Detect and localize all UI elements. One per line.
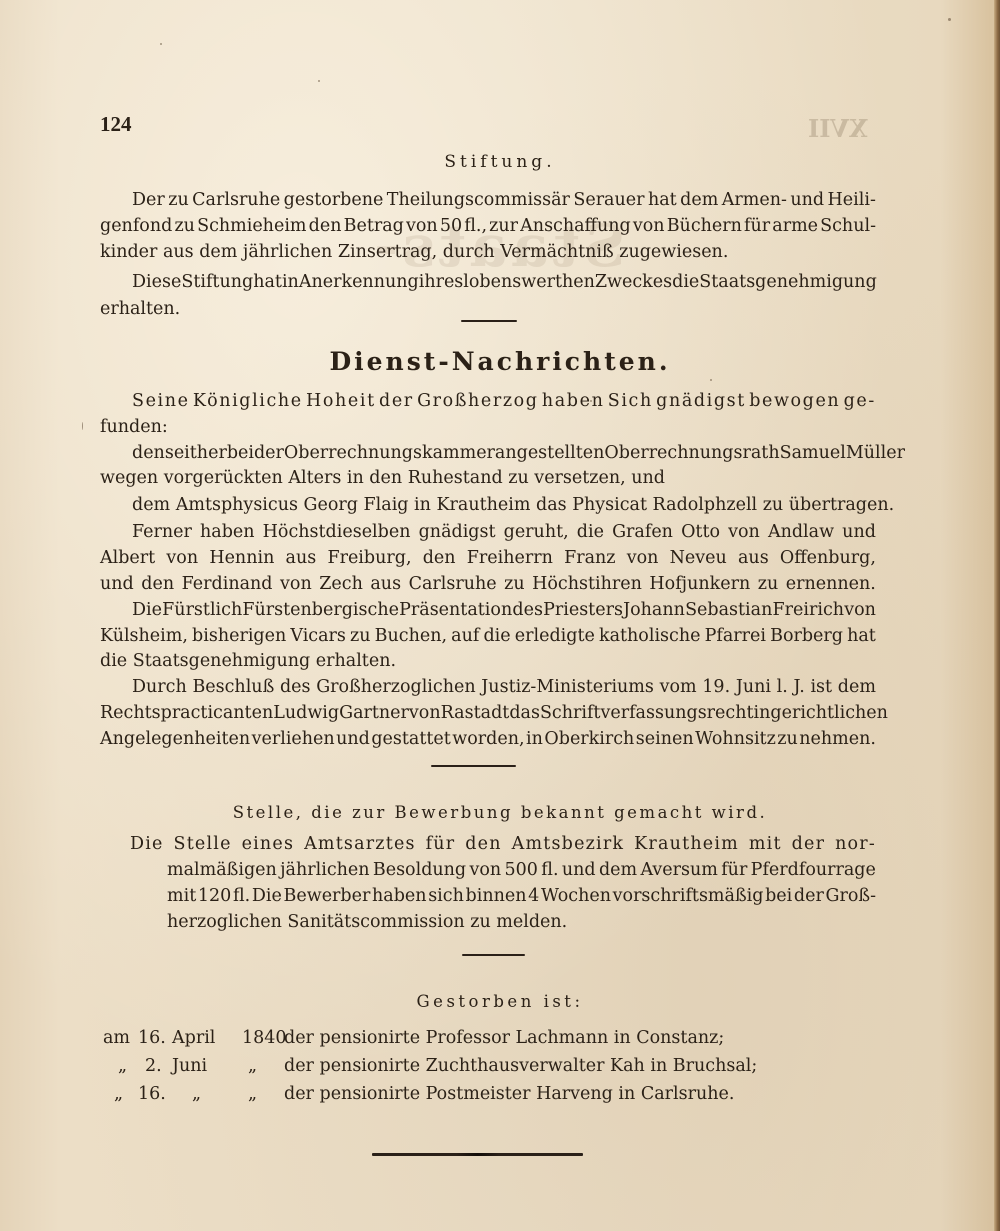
text-line: genfondzuSchmieheimdenBetragvon50fl.,zur… (100, 214, 876, 238)
paper-speck (710, 379, 712, 381)
word: die (672, 270, 699, 294)
word: fl. (233, 884, 250, 908)
word: Theilungscommissär (387, 188, 570, 212)
word: Neveu (670, 546, 727, 570)
text-line: dem Amtsphysicus Georg Flaig in Krauthei… (132, 493, 894, 517)
page-edge-shadow (994, 0, 1000, 1231)
word: zu (504, 572, 525, 596)
word: Pferdfourrage (751, 858, 876, 882)
word: Aversum (640, 858, 717, 882)
word: die (483, 624, 510, 648)
word: von (469, 858, 501, 882)
word: Großherzog (417, 389, 539, 413)
word: Beschluß (192, 675, 274, 699)
word: Hennin (209, 546, 274, 570)
word: Betrag (344, 214, 404, 238)
word: von (280, 572, 312, 596)
word: auf (451, 624, 479, 648)
word: Anschaffung (520, 214, 631, 238)
word: Otto (681, 520, 720, 544)
word: Der (132, 188, 165, 212)
word: Die (130, 832, 164, 856)
word: gerichtlichen (770, 701, 888, 725)
word: zu (350, 624, 371, 648)
word: haben (372, 884, 427, 908)
date-month: „ (192, 1080, 201, 1108)
word: Fürstlich (162, 598, 242, 622)
word: der (254, 441, 284, 465)
word: das (509, 701, 540, 725)
word: von (728, 520, 760, 544)
word: und (842, 520, 876, 544)
word: für (426, 832, 456, 856)
text-line: funden: (100, 415, 168, 439)
word: 50 (440, 214, 462, 238)
word: Carlsruhe (192, 188, 280, 212)
word: ist (810, 675, 832, 699)
word: Sebastian (685, 598, 772, 622)
word: Sich (608, 389, 653, 413)
text-line: DieStelleeinesAmtsarztesfürdenAmtsbezirk… (130, 832, 876, 856)
word: Hofjunkern (649, 572, 750, 596)
word: und (790, 188, 824, 212)
word: Wohnsitz (695, 727, 776, 751)
word: Oberrechnungskammer (284, 441, 495, 465)
word: Juni (736, 675, 771, 699)
word: Großherzoglichen (316, 675, 475, 699)
word: 120 (198, 884, 231, 908)
word: zu (174, 214, 195, 238)
word: Müller (846, 441, 905, 465)
text-line: unddenFerdinandvonZechausCarlsruhezuHöch… (100, 572, 876, 596)
word: genfond (100, 214, 172, 238)
word: Bewerber (284, 884, 371, 908)
section-divider (462, 954, 525, 956)
word: seinen (636, 727, 694, 751)
word: zu (168, 188, 189, 212)
word: und (562, 858, 596, 882)
word: in (754, 701, 771, 725)
word: bewogen (749, 389, 840, 413)
paper-speck (948, 18, 951, 21)
word: zur (489, 214, 518, 238)
date-day: 16. (138, 1024, 166, 1052)
word: verliehen (252, 727, 335, 751)
date-year: „ (248, 1052, 257, 1080)
word: ge- (844, 389, 876, 413)
word: angestellten (495, 441, 605, 465)
text-line: DieFürstlichFürstenbergischePräsentation… (132, 598, 876, 622)
text-line: die Staatsgenehmigung erhalten. (100, 649, 396, 673)
word: Die (132, 598, 162, 622)
word: Vicars (290, 624, 346, 648)
text-line: Külsheim,bisherigenVicarszuBuchen,aufdie… (100, 624, 876, 648)
word: Rechtspracticanten (100, 701, 273, 725)
text-line: denseitherbeiderOberrechnungskammeranges… (132, 441, 876, 465)
word: vom (660, 675, 697, 699)
word: für (721, 858, 747, 882)
section-heading-stiftung: Stiftung. (0, 152, 1000, 172)
date-month: Juni (172, 1052, 207, 1080)
text-line: malmäßigenjährlichenBesoldungvon500fl.un… (167, 858, 876, 882)
word: gnädigst (656, 389, 746, 413)
word: Seine (132, 389, 190, 413)
word: Pfarrei (705, 624, 766, 648)
word: Zech (319, 572, 363, 596)
date-prefix: „ (118, 1052, 127, 1080)
word: gestattet (371, 727, 450, 751)
word: lobenswerthen (463, 270, 595, 294)
date-prefix: „ (114, 1080, 123, 1108)
word: Hoheit (306, 389, 376, 413)
date-year: 1840 (242, 1024, 287, 1052)
word: der (794, 884, 824, 908)
word: worden, (452, 727, 524, 751)
word: ernennen. (786, 572, 876, 596)
death-notice-text: der pensionirte Professor Lachmann in Co… (284, 1024, 724, 1052)
word: die (577, 520, 604, 544)
word: Schul- (820, 214, 876, 238)
word: bei (765, 884, 792, 908)
death-notice-text: der pensionirte Postmeister Harveng in C… (284, 1080, 734, 1108)
word: gnädigst (419, 520, 496, 544)
section-divider (461, 320, 517, 322)
word: den (309, 214, 342, 238)
section-heading-stelle: Stelle, die zur Bewerbung bekannt gemach… (0, 803, 1000, 822)
word: von (166, 546, 198, 570)
word: hat (648, 188, 677, 212)
word: nor- (835, 832, 876, 856)
word: dem (680, 188, 718, 212)
word: vorschriftsmäßig (613, 884, 764, 908)
word: und (100, 572, 134, 596)
word: Buchen, (375, 624, 447, 648)
word: Külsheim, (100, 624, 188, 648)
word: Gartner (339, 701, 409, 725)
word: zu (777, 727, 798, 751)
text-line: erhalten. (100, 297, 180, 321)
paper-speck (318, 80, 320, 82)
date-day: 2. (145, 1052, 162, 1080)
word: von (627, 546, 659, 570)
word: Justiz-Ministeriums (481, 675, 654, 699)
word: Die (252, 884, 282, 908)
word: Höchstdieselben (263, 520, 411, 544)
death-notice-text: der pensionirte Zuchthausverwalter Kah i… (284, 1052, 757, 1080)
word: geruht, (504, 520, 569, 544)
word: bei (227, 441, 254, 465)
word: Fürstenbergische (242, 598, 399, 622)
text-line: Angelegenheitenverliehenundgestattetword… (100, 727, 876, 751)
word: Ferdinand (182, 572, 273, 596)
word: Ferner (132, 520, 192, 544)
word: den (132, 441, 165, 465)
date-year: „ (248, 1080, 257, 1108)
paper-speck (82, 422, 83, 430)
section-divider (431, 765, 516, 767)
word: aus (738, 546, 769, 570)
word: dem (838, 675, 876, 699)
word: Samuel (780, 441, 846, 465)
word: Angelegenheiten (100, 727, 250, 751)
word: Serauer (573, 188, 644, 212)
text-line: AlbertvonHenninausFreiburg,denFreiherrnF… (100, 546, 876, 570)
word: malmäßigen (167, 858, 277, 882)
word: erledigte (515, 624, 595, 648)
page-number: 124 (100, 112, 132, 137)
word: Zweckes (595, 270, 672, 294)
paper-speck (160, 43, 162, 45)
word: haben (200, 520, 255, 544)
text-line: FernerhabenHöchstdieselbengnädigstgeruht… (132, 520, 876, 544)
date-day: 16. (138, 1080, 166, 1108)
word: Rastadt (441, 701, 510, 725)
word: Freirich (773, 598, 845, 622)
word: Stelle (174, 832, 232, 856)
word: Krautheim (634, 832, 739, 856)
word: aus (370, 572, 401, 596)
word: fl., (464, 214, 487, 238)
word: den (465, 832, 501, 856)
word: Stiftung (181, 270, 253, 294)
word: Ludwig (273, 701, 339, 725)
word: Groß- (826, 884, 876, 908)
word: fl. (541, 858, 558, 882)
word: Franz (564, 546, 615, 570)
word: mit (749, 832, 782, 856)
word: Johann (623, 598, 685, 622)
word: haben (542, 389, 605, 413)
word: Oberkirch (544, 727, 634, 751)
date-month: April (172, 1024, 215, 1052)
word: gestorbene (284, 188, 384, 212)
word: Offenburg, (780, 546, 876, 570)
word: des (512, 598, 543, 622)
word: Büchern (667, 214, 742, 238)
text-line: DieseStiftunghatinAnerkennungihreslobens… (132, 270, 876, 294)
word: von (409, 701, 441, 725)
text-line: DurchBeschlußdesGroßherzoglichenJustiz-M… (132, 675, 876, 699)
word: Priesters (543, 598, 623, 622)
word: ihres (419, 270, 464, 294)
word: und (336, 727, 370, 751)
word: Freiherrn (467, 546, 553, 570)
text-line: SeineKöniglicheHoheitderGroßherzoghabenS… (132, 389, 876, 413)
word: bisherigen (192, 624, 286, 648)
word: Borberg (770, 624, 843, 648)
word: Armen- (722, 188, 787, 212)
text-line: wegen vorgerückten Alters in den Ruhesta… (100, 466, 665, 490)
word: mit (167, 884, 196, 908)
word: dem (599, 858, 637, 882)
word: eines (242, 832, 295, 856)
word: von (844, 598, 876, 622)
section-heading-gestorben: Gestorben ist: (0, 992, 1000, 1011)
word: Diese (132, 270, 181, 294)
word: der (379, 389, 414, 413)
word: Höchstihren (532, 572, 642, 596)
word: Durch (132, 675, 187, 699)
word: hat (253, 270, 282, 294)
word: von (406, 214, 438, 238)
word: sich (428, 884, 464, 908)
word: 4 (528, 884, 539, 908)
word: Albert (100, 546, 155, 570)
word: in (282, 270, 299, 294)
text-line: mit120fl.DieBewerberhabensichbinnen4Woch… (167, 884, 876, 908)
word: des (280, 675, 311, 699)
word: in (526, 727, 543, 751)
section-heading-dienst-nachrichten: Dienst-Nachrichten. (0, 347, 1000, 376)
text-line: kinder aus dem jährlichen Zinsertrag, du… (100, 240, 728, 264)
word: Königliche (193, 389, 303, 413)
word: Amtsarztes (304, 832, 416, 856)
word: Carlsruhe (409, 572, 497, 596)
text-line: RechtspracticantenLudwigGartnervonRastad… (100, 701, 876, 725)
word: Grafen (612, 520, 673, 544)
word: seither (165, 441, 227, 465)
word: jährlichen (280, 858, 369, 882)
text-line: DerzuCarlsruhegestorbeneTheilungscommiss… (132, 188, 876, 212)
word: hat (847, 624, 876, 648)
word: J. (794, 675, 805, 699)
word: Schriftverfassungsrecht (540, 701, 754, 725)
word: Amtsbezirk (512, 832, 625, 856)
closing-divider (372, 1153, 583, 1156)
word: Freiburg, (327, 546, 411, 570)
text-line: herzoglichen Sanitätscommission zu melde… (167, 910, 567, 934)
word: aus (286, 546, 317, 570)
word: Oberrechnungsrath (604, 441, 779, 465)
word: Schmieheim (197, 214, 306, 238)
word: Präsentation (399, 598, 512, 622)
word: Heili- (828, 188, 876, 212)
word: binnen (466, 884, 527, 908)
date-prefix: am (103, 1024, 130, 1052)
word: Anerkennung (299, 270, 419, 294)
bleed-through-numeral: XVII (808, 114, 868, 143)
word: Staatsgenehmigung (699, 270, 877, 294)
word: zu (758, 572, 779, 596)
word: arme (772, 214, 818, 238)
word: den (423, 546, 456, 570)
word: 19. (702, 675, 730, 699)
word: 500 (505, 858, 538, 882)
word: den (141, 572, 174, 596)
word: von (633, 214, 665, 238)
word: Andlaw (768, 520, 834, 544)
word: nehmen. (799, 727, 876, 751)
word: für (744, 214, 770, 238)
word: l. (777, 675, 788, 699)
word: der (792, 832, 826, 856)
word: katholische (599, 624, 700, 648)
word: Besoldung (373, 858, 466, 882)
word: Wochen (541, 884, 611, 908)
document-page: XVII Staats- 124 Stiftung. DerzuCarlsruh… (0, 0, 1000, 1231)
